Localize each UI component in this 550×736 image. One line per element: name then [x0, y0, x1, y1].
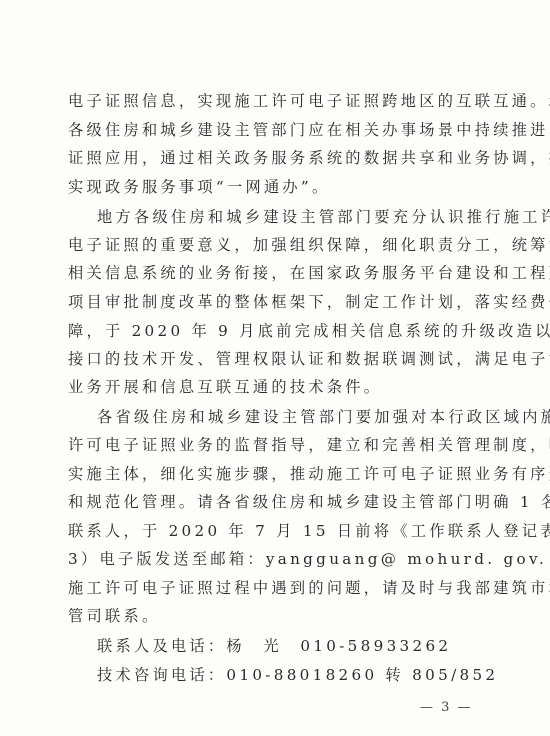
contact-line: 联系人及电话：杨 光 010-58933262 — [97, 636, 517, 656]
text-line: 3）电子版发送至邮箱：yangguang@ mohurd. gov. cn。各地… — [68, 549, 488, 569]
text-line: 许可电子证照业务的监督指导，建立和完善相关管理制度，明确 — [68, 435, 488, 455]
page-number: — 3 — — [420, 700, 473, 715]
text-line: 地方各级住房和城乡建设主管部门要充分认识推行施工许可 — [97, 207, 517, 227]
text-line: 障，于 2020 年 9 月底前完成相关信息系统的升级改造以及数据 — [68, 321, 488, 341]
text-line: 各省级住房和城乡建设主管部门要加强对本行政区域内施工 — [97, 407, 517, 427]
text-line: 业务开展和信息互联互通的技术条件。 — [68, 377, 488, 397]
text-line: 项目审批制度改革的整体框架下，制定工作计划，落实经费保 — [68, 292, 488, 312]
text-line: 各级住房和城乡建设主管部门应在相关办事场景中持续推进电子 — [68, 120, 488, 140]
text-line: 施工许可电子证照过程中遇到的问题，请及时与我部建筑市场监 — [68, 578, 488, 598]
text-line: 证照应用，通过相关政务服务系统的数据共享和业务协调，推动 — [68, 148, 488, 168]
text-line: 电子证照的重要意义，加强组织保障，细化职责分工，统筹协调 — [68, 235, 488, 255]
text-line: 相关信息系统的业务衔接，在国家政务服务平台建设和工程建设 — [68, 263, 488, 283]
text-line: 电子证照信息，实现施工许可电子证照跨地区的互联互通。地方 — [68, 91, 488, 111]
tech-support-line: 技术咨询电话：010-88018260 转 805/852 — [97, 665, 517, 685]
text-line: 接口的技术开发、管理权限认证和数据联调测试，满足电子证照 — [68, 349, 488, 369]
text-line: 实施主体，细化实施步骤，推动施工许可电子证照业务有序开展 — [68, 464, 488, 484]
text-line: 联系人，于 2020 年 7 月 15 日前将《工作联系人登记表》（附件 — [68, 521, 488, 541]
text-line: 实现政务服务事项“一网通办”。 — [68, 177, 488, 197]
text-line: 和规范化管理。请各省级住房和城乡建设主管部门明确 1 名工作 — [68, 492, 488, 512]
text-line: 管司联系。 — [68, 606, 488, 626]
